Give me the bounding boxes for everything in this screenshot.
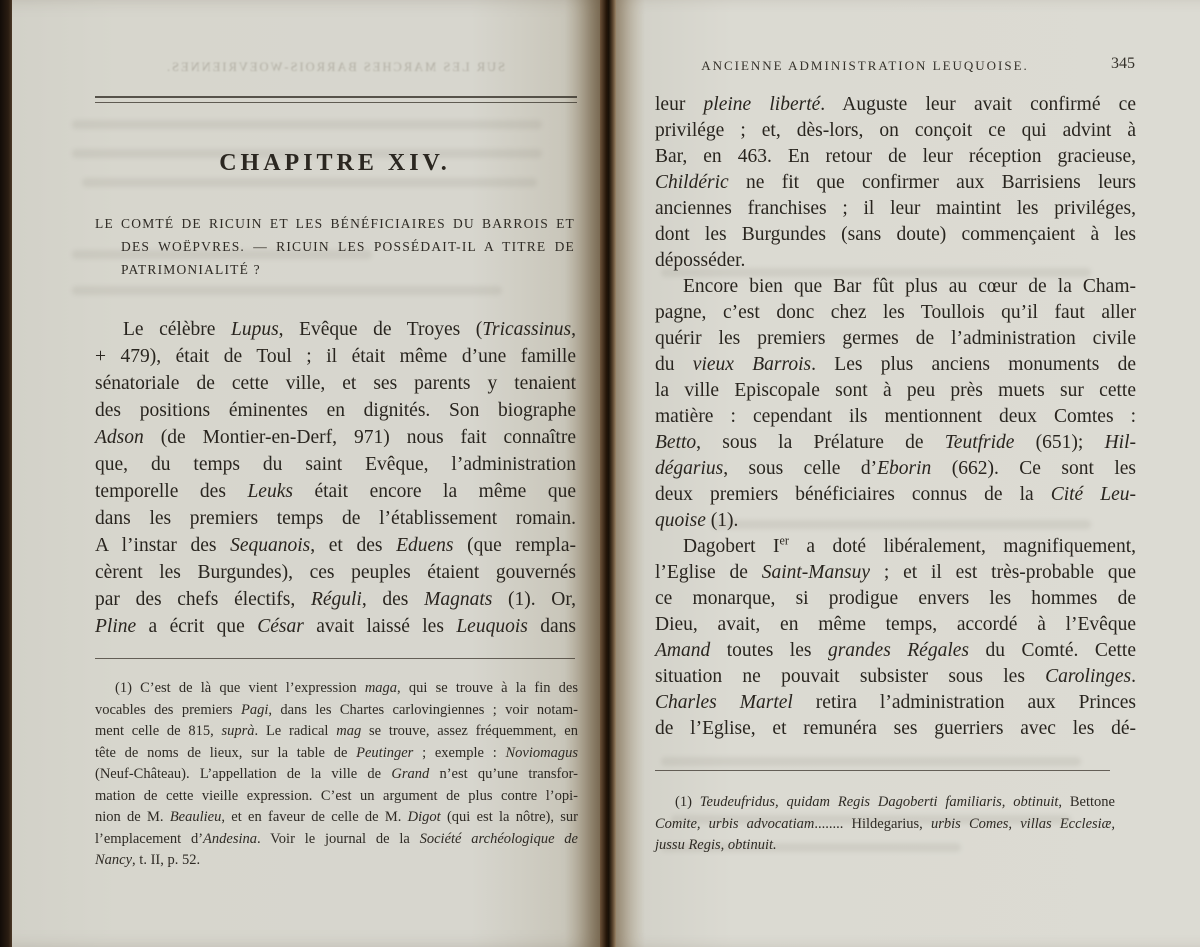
ghost-bleedthrough — [661, 757, 1081, 766]
right-page: ANCIENNE ADMINISTRATION LEUQUOISE. 345 l… — [616, 0, 1200, 947]
right-footnote: (1) Teudeufridus, quidam Regis Dagoberti… — [655, 792, 1115, 857]
ghost-bleedthrough — [82, 178, 537, 187]
page-number: 345 — [1035, 55, 1135, 73]
chapter-title: CHAPITRE XIV. — [95, 150, 575, 177]
left-footnote-rule — [95, 658, 575, 659]
right-body-text: leur pleine liberté. Auguste leur avait … — [655, 92, 1136, 742]
book-photo: SUR LES MARCHES BARROIS-WOEVRIENNES. CHA… — [0, 0, 1200, 947]
left-body-text: Le célèbre Lupus, Evêque de Troyes (Tric… — [95, 316, 576, 640]
running-header: ANCIENNE ADMINISTRATION LEUQUOISE. — [655, 58, 1075, 74]
ghost-bleedthrough — [72, 286, 502, 295]
left-page: SUR LES MARCHES BARROIS-WOEVRIENNES. CHA… — [12, 0, 600, 947]
book-gutter — [600, 0, 616, 947]
header-double-rule — [95, 96, 577, 103]
ghost-bleedthrough — [72, 120, 542, 129]
right-footnote-rule — [655, 770, 1110, 771]
book-left-edge — [0, 0, 12, 947]
chapter-subtitle: LE COMTÉ DE RICUIN ET LES BÉNÉFICIAIRES … — [95, 212, 575, 281]
ghost-running-header: SUR LES MARCHES BARROIS-WOEVRIENNES. — [95, 60, 575, 75]
left-footnote: (1) C’est de là que vient l’expression m… — [95, 678, 578, 872]
